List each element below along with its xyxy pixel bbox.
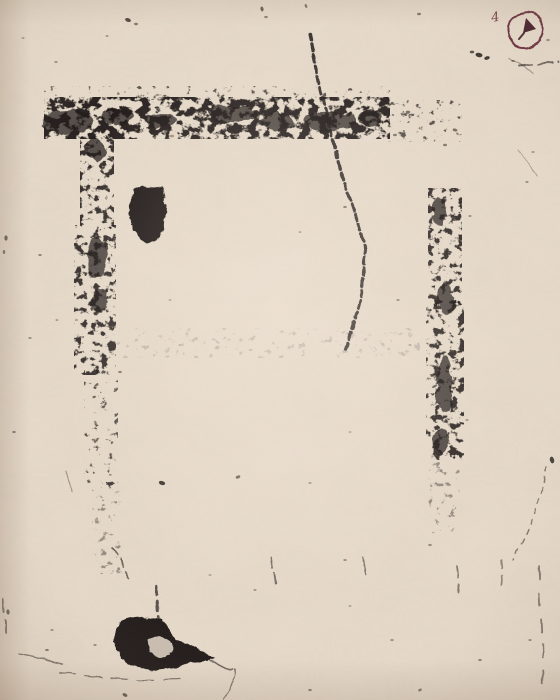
artwork-scan: 4 (0, 0, 560, 700)
vignette-overlay (0, 0, 560, 700)
artwork-svg: 4 (0, 0, 560, 700)
